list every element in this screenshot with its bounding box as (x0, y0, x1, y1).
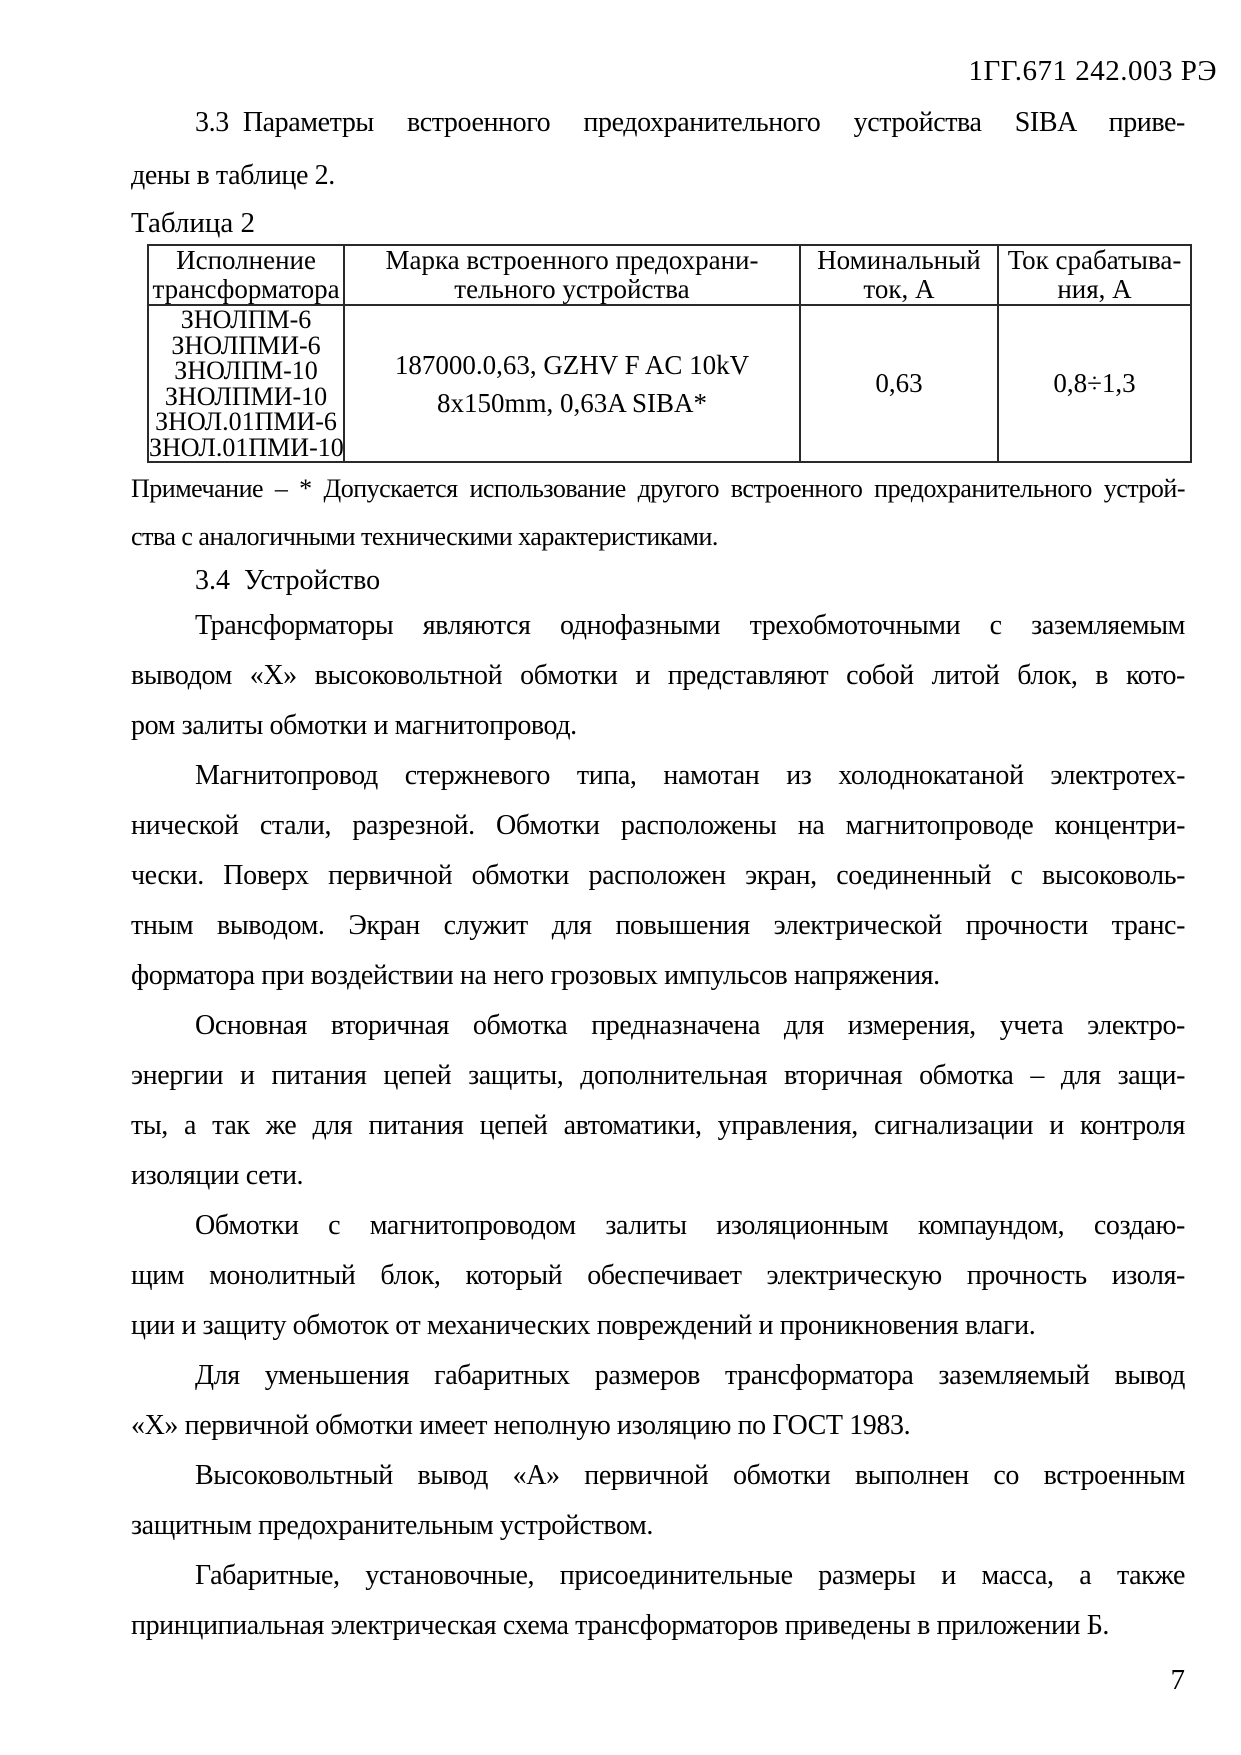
paragraph-line: энергии и питания цепей защиты, дополнит… (131, 1051, 1185, 1101)
body-paragraph: Трансформаторы являются однофазными трех… (131, 601, 1185, 751)
body-paragraph: Высоковольтный вывод «А» первичной обмот… (131, 1451, 1185, 1551)
note-line: ства с аналогичными техническими характе… (131, 513, 1185, 561)
cell-fuse-mark: 187000.0,63, GZHV F AC 10kV8x150mm, 0,63… (344, 305, 800, 462)
paragraph-text: Параметры встроенного предохранительного… (243, 107, 1185, 138)
cell-nominal-current: 0,63 (800, 305, 998, 462)
transformer-model: ЗНОЛ.01ПМИ-6 (149, 409, 343, 435)
paragraph-line: Магнитопровод стержневого типа, намотан … (131, 751, 1185, 801)
body-paragraph: Основная вторичная обмотка предназначена… (131, 1001, 1185, 1201)
body-paragraphs: Трансформаторы являются однофазными трех… (131, 601, 1185, 1651)
section-number: 3.3 (195, 107, 229, 138)
header-line: ния, А (999, 275, 1190, 304)
paragraph-line: тным выводом. Экран служит для повышения… (131, 901, 1185, 951)
cell-transformer-models: ЗНОЛПМ-6ЗНОЛПМИ-6ЗНОЛПМ-10ЗНОЛПМИ-10ЗНОЛ… (148, 305, 344, 462)
fuse-mark-line: 8x150mm, 0,63A SIBA* (345, 384, 799, 422)
header-line: тельного устройства (345, 275, 799, 304)
body-paragraph: Обмотки с магнитопроводом залиты изоляци… (131, 1201, 1185, 1351)
section-3-4-heading: 3.4Устройство (131, 561, 1217, 601)
paragraph-line: Для уменьшения габаритных размеров транс… (131, 1351, 1185, 1401)
paragraph-line: защитным предохранительным устройством. (131, 1501, 1185, 1551)
col-header-transformer-execution: Исполнениетрансформатора (148, 245, 344, 305)
table-header-row: Исполнениетрансформатора Марка встроенно… (148, 245, 1191, 305)
paragraph-line: принципиальная электрическая схема транс… (131, 1601, 1185, 1651)
transformer-model: ЗНОЛПМ-6 (149, 307, 343, 333)
doc-code-header: 1ГГ.671 242.003 РЭ (131, 54, 1217, 88)
paragraph-line: Трансформаторы являются однофазными трех… (131, 601, 1185, 651)
note-line: Примечание – * Допускается использование… (131, 465, 1185, 513)
body-paragraph: Магнитопровод стержневого типа, намотан … (131, 751, 1185, 1001)
section-title: Устройство (244, 565, 380, 596)
header-line: Исполнение (149, 246, 343, 275)
table-row: ЗНОЛПМ-6ЗНОЛПМИ-6ЗНОЛПМ-10ЗНОЛПМИ-10ЗНОЛ… (148, 305, 1191, 462)
header-line: трансформатора (149, 275, 343, 304)
fuse-mark-line: 187000.0,63, GZHV F AC 10kV (345, 346, 799, 384)
transformer-model: ЗНОЛ.01ПМИ-10 (149, 435, 343, 461)
paragraph-line: чески. Поверх первичной обмотки располож… (131, 851, 1185, 901)
transformer-model: ЗНОЛПМ-10 (149, 358, 343, 384)
section-3-3-paragraph: 3.3Параметры встроенного предохранительн… (131, 96, 1185, 202)
col-header-fuse-mark: Марка встроенного предохрани-тельного ус… (344, 245, 800, 305)
paragraph-line: дены в таблице 2. (131, 149, 1185, 202)
paragraph-line: ром залиты обмотки и магнитопровод. (131, 701, 1185, 751)
paragraph-line: «Х» первичной обмотки имеет неполную изо… (131, 1401, 1185, 1451)
paragraph-line: ты, а так же для питания цепей автоматик… (131, 1101, 1185, 1151)
header-line: Марка встроенного предохрани- (345, 246, 799, 275)
paragraph-line: Габаритные, установочные, присоединитель… (131, 1551, 1185, 1601)
paragraph-line: Основная вторичная обмотка предназначена… (131, 1001, 1185, 1051)
paragraph-line: ции и защиту обмоток от механических пов… (131, 1301, 1185, 1351)
col-header-nominal-current: Номинальныйток, А (800, 245, 998, 305)
transformer-model: ЗНОЛПМИ-6 (149, 333, 343, 359)
transformer-model: ЗНОЛПМИ-10 (149, 384, 343, 410)
paragraph-line: выводом «Х» высоковольтной обмотки и пре… (131, 651, 1185, 701)
paragraph-line: Высоковольтный вывод «А» первичной обмот… (131, 1451, 1185, 1501)
header-line: ток, А (801, 275, 997, 304)
paragraph-line: форматора при воздействии на него грозов… (131, 951, 1185, 1001)
paragraph-line: нической стали, разрезной. Обмотки распо… (131, 801, 1185, 851)
paragraph-line: 3.3Параметры встроенного предохранительн… (131, 96, 1185, 149)
section-number: 3.4 (195, 565, 230, 596)
table-note: Примечание – * Допускается использование… (131, 465, 1185, 561)
paragraph-line: изоляции сети. (131, 1151, 1185, 1201)
table-body: ЗНОЛПМ-6ЗНОЛПМИ-6ЗНОЛПМ-10ЗНОЛПМИ-10ЗНОЛ… (148, 305, 1191, 462)
paragraph-line: щим монолитный блок, который обеспечивае… (131, 1251, 1185, 1301)
header-line: Номинальный (801, 246, 997, 275)
document-page: 1ГГ.671 242.003 РЭ 3.3Параметры встроенн… (0, 0, 1241, 1755)
body-paragraph: Габаритные, установочные, присоединитель… (131, 1551, 1185, 1651)
cell-trip-current: 0,8÷1,3 (998, 305, 1191, 462)
col-header-trip-current: Ток срабатыва-ния, А (998, 245, 1191, 305)
body-paragraph: Для уменьшения габаритных размеров транс… (131, 1351, 1185, 1451)
paragraph-line: Обмотки с магнитопроводом залиты изоляци… (131, 1201, 1185, 1251)
table-caption: Таблица 2 (131, 202, 1217, 244)
fuse-parameters-table: Исполнениетрансформатора Марка встроенно… (147, 244, 1192, 463)
page-number: 7 (1171, 1664, 1186, 1697)
header-line: Ток срабатыва- (999, 246, 1190, 275)
